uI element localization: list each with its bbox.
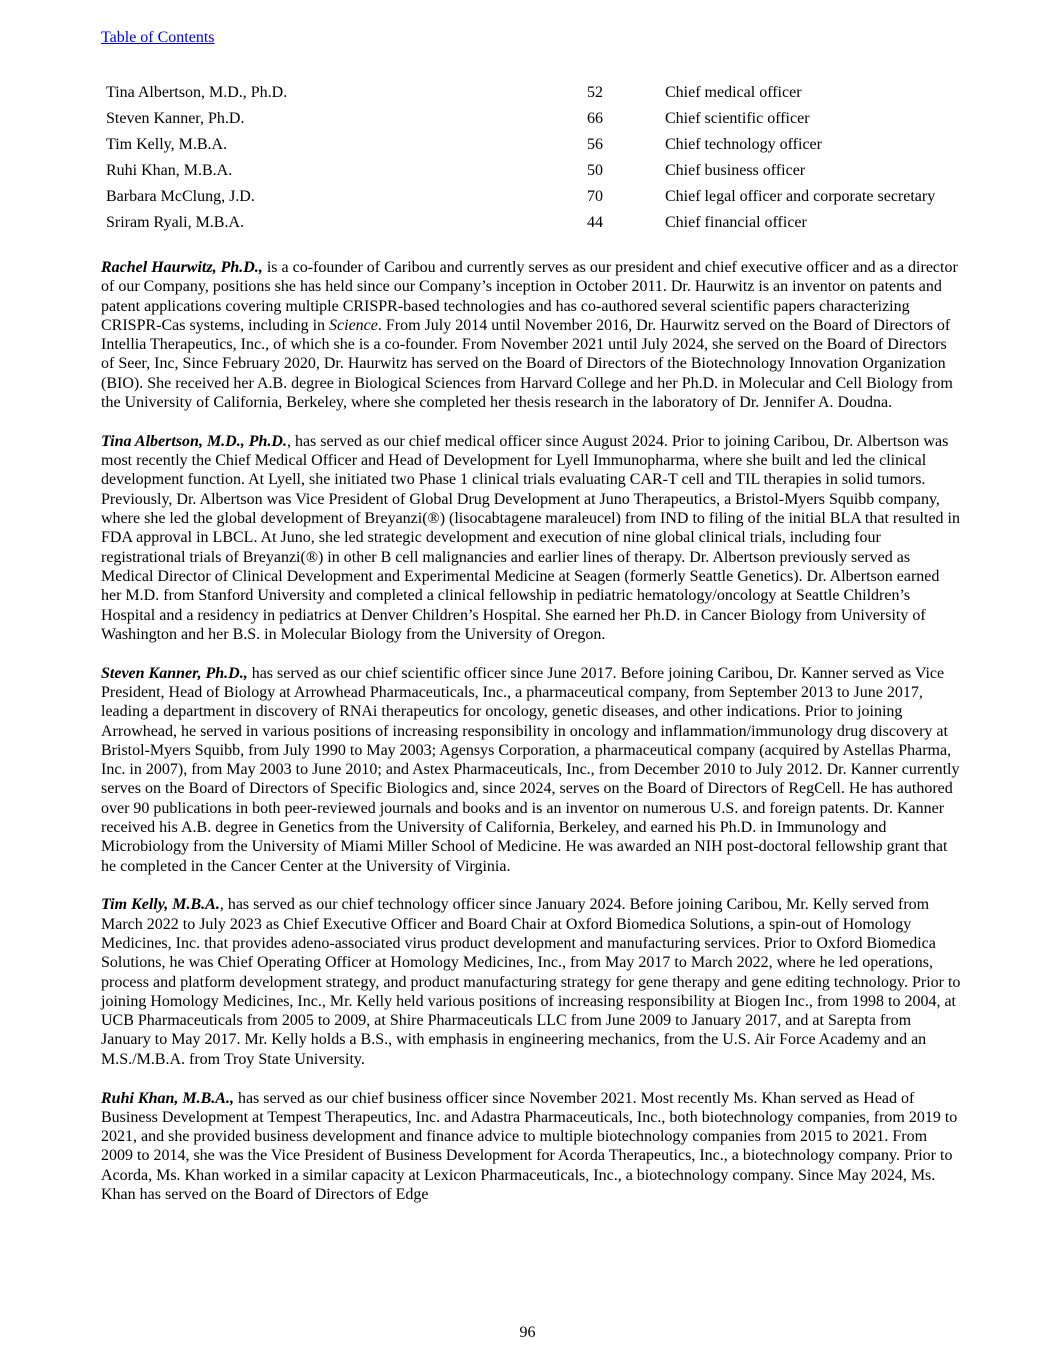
officer-age: 50 [518,158,603,184]
officer-position: Chief medical officer [603,80,961,106]
officer-age: 44 [518,210,603,236]
officer-name: Steven Kanner, Ph.D. [101,106,518,132]
officer-position: Chief technology officer [603,132,961,158]
table-of-contents-link[interactable]: Table of Contents [101,28,215,48]
table-row: Barbara McClung, J.D. 70 Chief legal off… [101,184,961,210]
officer-name: Tim Kelly, M.B.A. [101,132,518,158]
officer-name: Ruhi Khan, M.B.A. [101,158,518,184]
officer-age: 70 [518,184,603,210]
bio-name: Rachel Haurwitz, Ph.D., [101,259,263,276]
bio-paragraph-khan: Ruhi Khan, M.B.A., has served as our chi… [101,1089,963,1205]
officer-name: Barbara McClung, J.D. [101,184,518,210]
bio-italic-journal: Science [329,317,378,334]
officer-position: Chief legal officer and corporate secret… [603,184,961,210]
officer-position: Chief financial officer [603,210,961,236]
table-row: Tina Albertson, M.D., Ph.D. 52 Chief med… [101,80,961,106]
table-row: Tim Kelly, M.B.A. 56 Chief technology of… [101,132,961,158]
officer-name: Tina Albertson, M.D., Ph.D. [101,80,518,106]
table-row: Sriram Ryali, M.B.A. 44 Chief financial … [101,210,961,236]
officer-position: Chief business officer [603,158,961,184]
bio-text: , has served as our chief technology off… [101,896,960,1067]
bio-text: , has served as our chief medical office… [101,433,960,643]
bio-paragraph-kelly: Tim Kelly, M.B.A., has served as our chi… [101,895,963,1069]
table-row: Steven Kanner, Ph.D. 66 Chief scientific… [101,106,961,132]
bio-paragraph-kanner: Steven Kanner, Ph.D., has served as our … [101,664,963,876]
officer-position: Chief scientific officer [603,106,961,132]
table-row: Ruhi Khan, M.B.A. 50 Chief business offi… [101,158,961,184]
bio-name: Ruhi Khan, M.B.A., [101,1090,234,1107]
officer-age: 52 [518,80,603,106]
bio-text: has served as our chief scientific offic… [101,665,959,875]
bio-paragraph-albertson: Tina Albertson, M.D., Ph.D., has served … [101,432,963,644]
officer-name: Sriram Ryali, M.B.A. [101,210,518,236]
bio-paragraph-haurwitz: Rachel Haurwitz, Ph.D., is a co-founder … [101,258,963,412]
officer-age: 66 [518,106,603,132]
biographies: Rachel Haurwitz, Ph.D., is a co-founder … [101,258,963,1224]
bio-name: Steven Kanner, Ph.D., [101,665,248,682]
bio-name: Tim Kelly, M.B.A. [101,896,220,913]
officer-age: 56 [518,132,603,158]
officers-table: Tina Albertson, M.D., Ph.D. 52 Chief med… [101,80,961,236]
bio-name: Tina Albertson, M.D., Ph.D. [101,433,287,450]
page-number: 96 [0,1323,1055,1343]
